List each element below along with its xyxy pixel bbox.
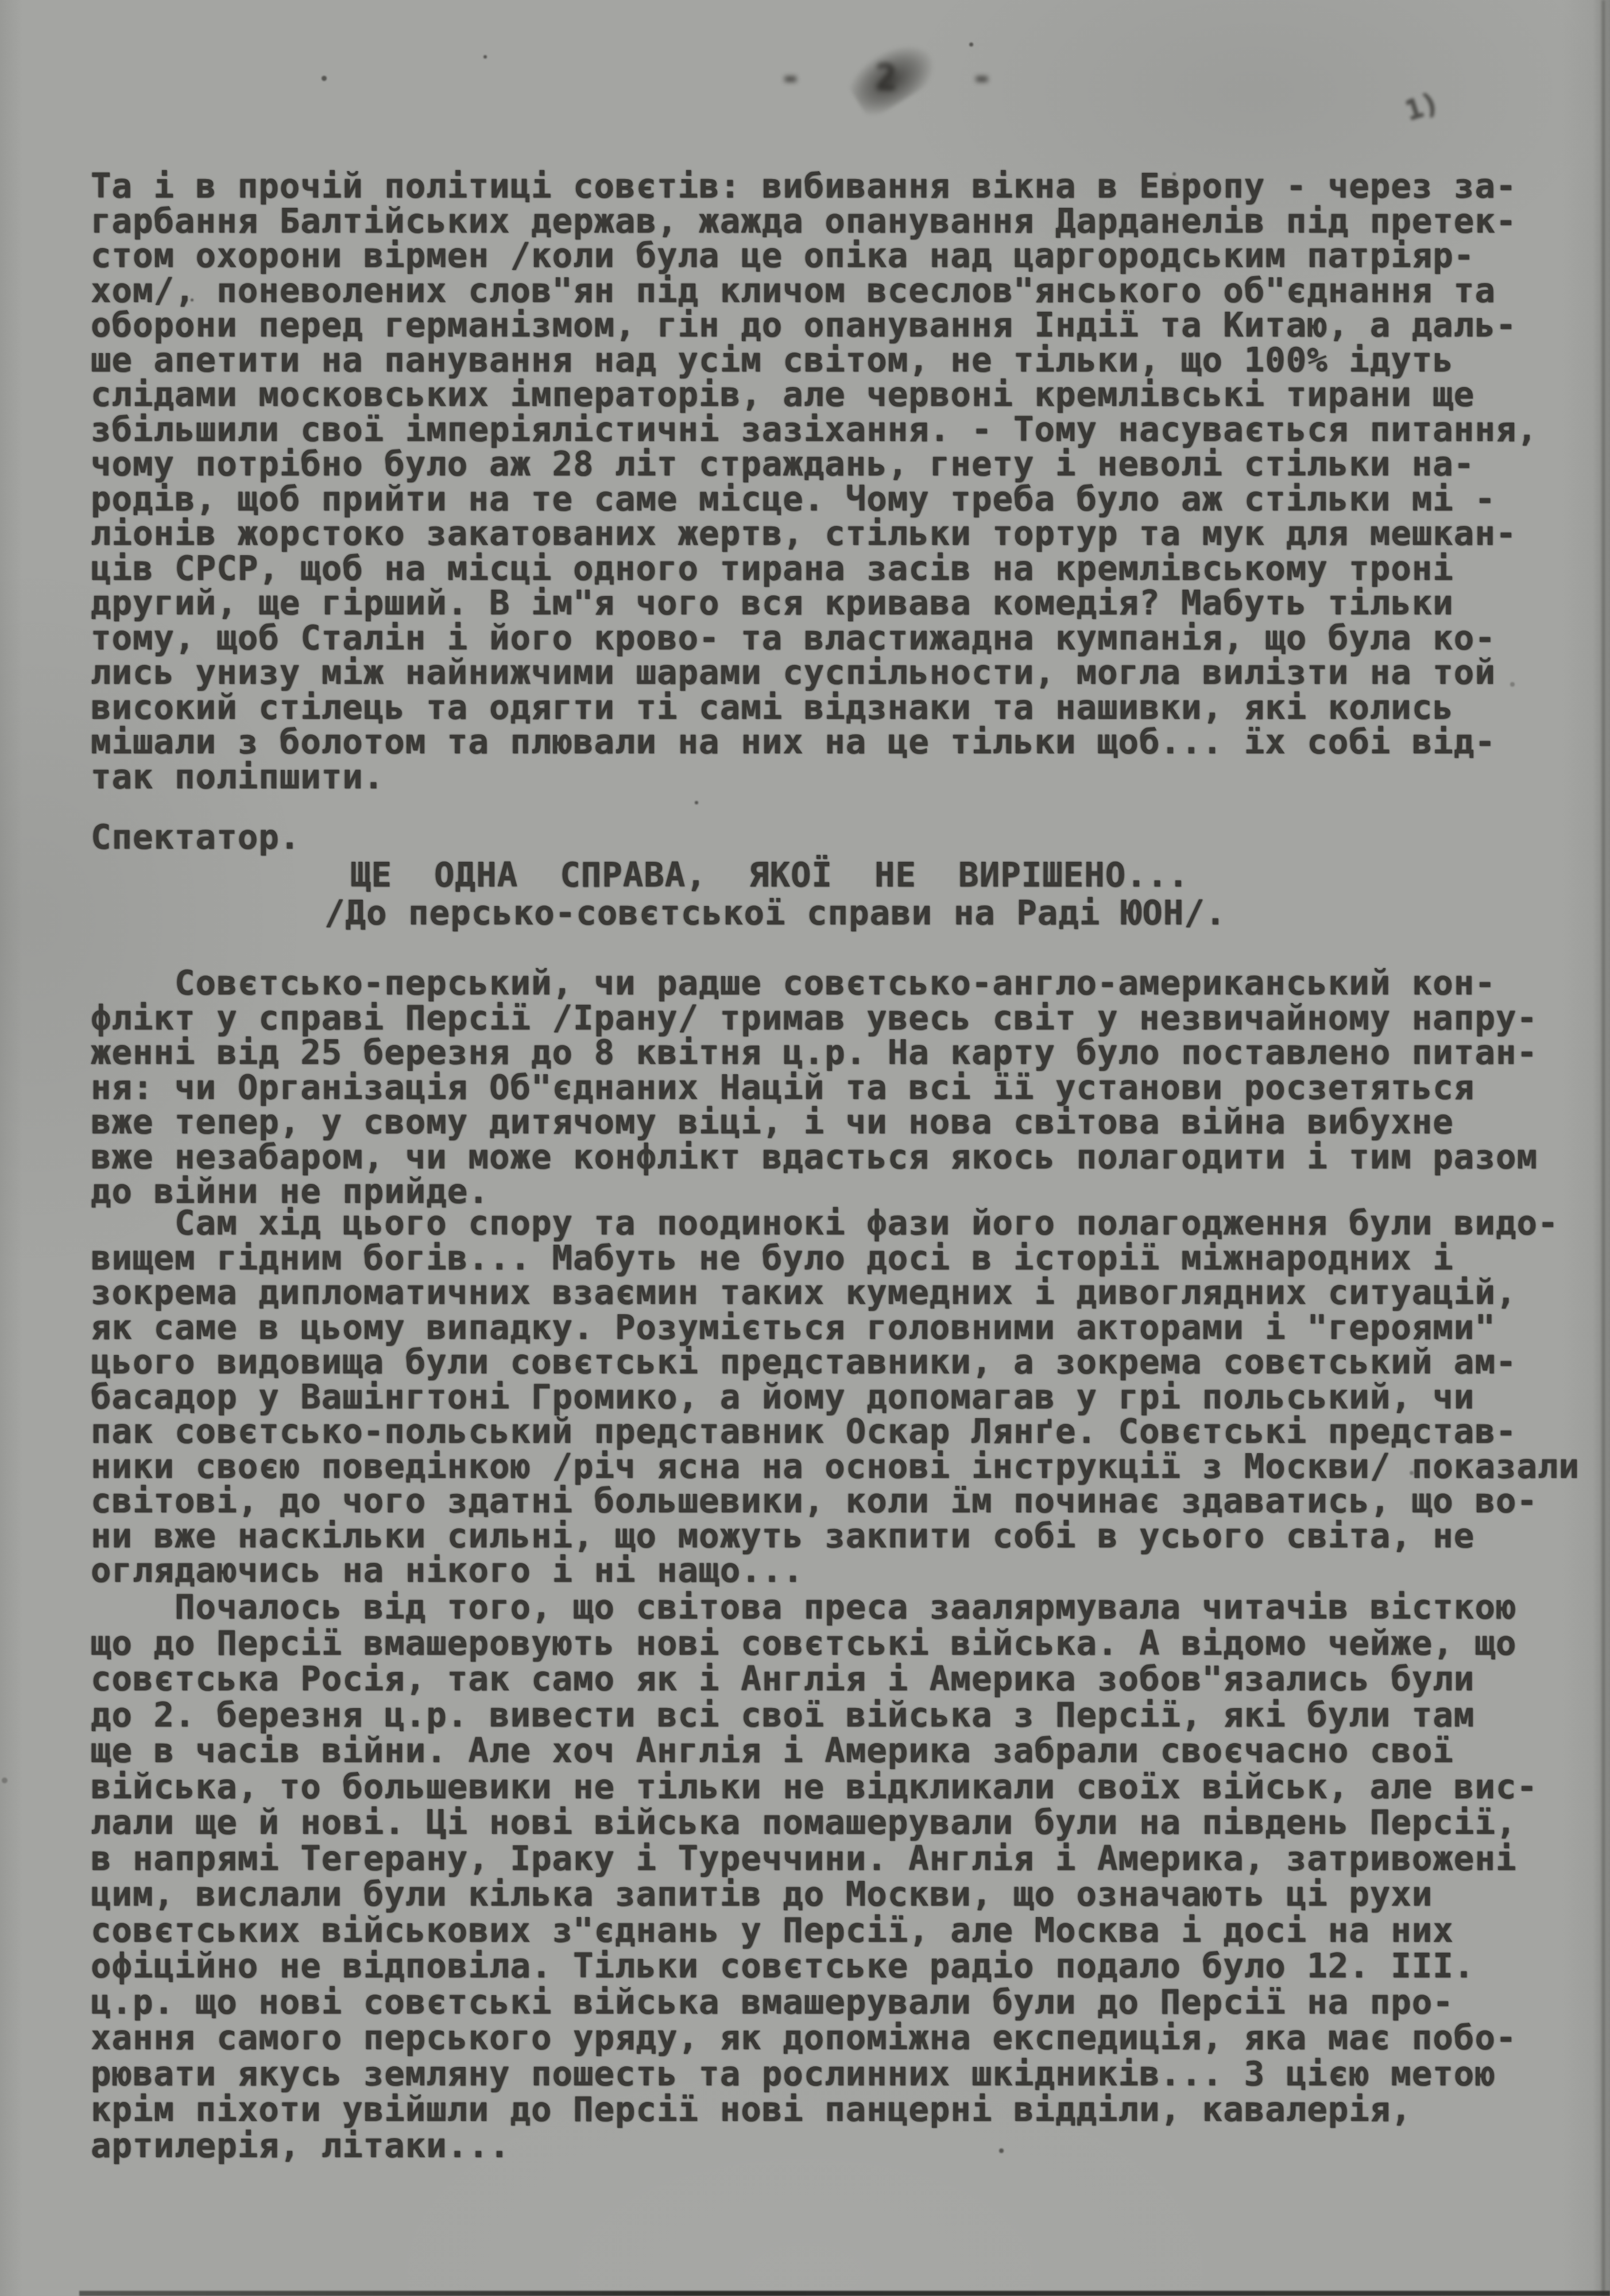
text-line: оглядаючись на нікого і ні нащо... <box>91 1553 1580 1588</box>
text-line: Почалось від того, що світова преса заал… <box>91 1589 1538 1625</box>
text-line: до 2. березня ц.р. вивести всі свої війс… <box>91 1697 1538 1733</box>
text-line: ни вже наскільки сильні, що можуть закпи… <box>91 1519 1580 1554</box>
text-line: так поліпшити. <box>91 760 1538 795</box>
text-line: що до Персії вмашеровують нові совєтські… <box>91 1625 1538 1662</box>
text-line: лали ще й нові. Ці нові війська помашеру… <box>91 1805 1538 1841</box>
text-line: чому потрібно було аж 28 літ страждань, … <box>91 447 1538 482</box>
text-line: басадор у Вашінгтоні Громико, а йому доп… <box>91 1380 1580 1415</box>
text-line: родів, щоб прийти на те саме місце. Чому… <box>91 482 1538 517</box>
text-line: мішали з болотом та плювали на них на це… <box>91 725 1538 760</box>
dust-speck <box>969 42 973 47</box>
dust-speck <box>191 299 193 301</box>
text-line: зокрема дипломатичних взаємин таких куме… <box>91 1275 1580 1310</box>
text-line: артилерія, літаки... <box>91 2128 1538 2164</box>
text-line: слідами московських імператорів, але чер… <box>91 377 1538 412</box>
article-paragraph: Совєтсько-перський, чи радше совєтсько-а… <box>91 966 1538 1209</box>
author-signature: Спектатор. <box>91 820 300 855</box>
text-line: Та і в прочій політиці совєтів: вибиванн… <box>91 169 1538 204</box>
text-line: збільшили свої імперіялістичні зазіхання… <box>91 412 1538 447</box>
dust-speck <box>483 55 487 59</box>
text-line: флікт у справі Персії /Ірану/ тримав уве… <box>91 1001 1538 1036</box>
ink-smudge <box>843 32 943 121</box>
article-title: ЩЕ ОДНА СПРАВА, ЯКОЇ НЕ ВИРІШЕНО... <box>350 858 1189 893</box>
text-line: крім піхоти увійшли до Персії нові панце… <box>91 2092 1538 2128</box>
text-line: рювати якусь земляну пошесть та рослинни… <box>91 2056 1538 2092</box>
dust-speck <box>695 801 698 804</box>
text-line: вже тепер, у свому дитячому віці, і чи н… <box>91 1105 1538 1140</box>
text-line: стом охорони вірмен /коли була це опіка … <box>91 238 1538 273</box>
text-line: хом/, поневолених слов"ян під кличом все… <box>91 273 1538 308</box>
text-line: цим, вислали були кілька запитів до Моск… <box>91 1876 1538 1912</box>
text-line: Совєтсько-перський, чи радше совєтсько-а… <box>91 966 1538 1001</box>
text-line: вищем гідним богів... Мабуть не було дос… <box>91 1241 1580 1276</box>
text-line: хання самого перського уряду, як допоміж… <box>91 2020 1538 2056</box>
lead-article-paragraph: Та і в прочій політиці совєтів: вибиванн… <box>91 169 1538 794</box>
dust-speck <box>999 2148 1004 2153</box>
dust-speck <box>1510 682 1515 687</box>
article-paragraph: Почалось від того, що світова преса заал… <box>91 1589 1538 2163</box>
scanned-document-page: - 2 - 1) Та і в прочій політиці совєтів:… <box>0 0 1610 2296</box>
dust-speck <box>322 76 327 81</box>
text-line: лись унизу між найнижчими шарами суспіль… <box>91 655 1538 690</box>
scan-bottom-edge <box>79 2291 1610 2296</box>
text-line: ня: чи Організація Об"єднаних Націй та в… <box>91 1070 1538 1105</box>
text-line: ців СРСР, щоб на місці одного тирана зас… <box>91 551 1538 586</box>
text-line: женні від 25 березня до 8 квітня ц.р. На… <box>91 1035 1538 1070</box>
text-line: гарбання Балтійських держав, жажда опану… <box>91 204 1538 239</box>
dust-speck <box>2 1778 7 1783</box>
text-line: в напрямі Тегерану, Іраку і Туреччини. А… <box>91 1841 1538 1877</box>
text-line: Сам хід цього спору та поодинокі фази йо… <box>91 1206 1580 1241</box>
text-line: совєтська Росія, так само як і Англія і … <box>91 1661 1538 1697</box>
text-line: тому, щоб Сталін і його крово- та власти… <box>91 621 1538 656</box>
text-line: совєтських військових з"єднань у Персії,… <box>91 1912 1538 1949</box>
text-line: як саме в цьому випадку. Розуміється гол… <box>91 1310 1580 1345</box>
text-line: ліонів жорстоко закатованих жертв, стіль… <box>91 516 1538 551</box>
text-line: цього видовища були совєтські представни… <box>91 1345 1580 1380</box>
article-paragraph: Сам хід цього спору та поодинокі фази йо… <box>91 1206 1580 1588</box>
text-line: світові, до чого здатні большевики, коли… <box>91 1484 1580 1519</box>
text-line: офіційно не відповіла. Тільки совєтське … <box>91 1948 1538 1984</box>
text-line: ше апетити на панування над усім світом,… <box>91 343 1538 378</box>
article-subtitle: /До персько-совєтської справи на Раді ЮО… <box>324 896 1226 931</box>
text-line: високий стілець та одягти ті самі відзна… <box>91 690 1538 725</box>
page-edge-line <box>1602 0 1605 2296</box>
text-line: ники своєю поведінкою /річ ясна на основ… <box>91 1449 1580 1484</box>
text-line: пак совєтсько-польський представник Оска… <box>91 1414 1580 1449</box>
dust-speck <box>1410 1471 1414 1475</box>
dust-speck <box>1172 172 1176 176</box>
text-line: ц.р. що нові совєтські війська вмашерува… <box>91 1984 1538 2020</box>
text-line: ще в часів війни. Але хоч Англія і Амери… <box>91 1733 1538 1769</box>
text-line: війська, то большевики не тільки не відк… <box>91 1769 1538 1805</box>
text-line: вже незабаром, чи може конфлікт вдасться… <box>91 1140 1538 1175</box>
text-line: другий, ще гірший. В ім"я чого вся крива… <box>91 586 1538 621</box>
corner-ink-mark: 1) <box>1402 86 1443 127</box>
page-edge-shadow <box>1593 0 1610 2296</box>
text-line: оборони перед германізмом, гін до опанув… <box>91 308 1538 343</box>
